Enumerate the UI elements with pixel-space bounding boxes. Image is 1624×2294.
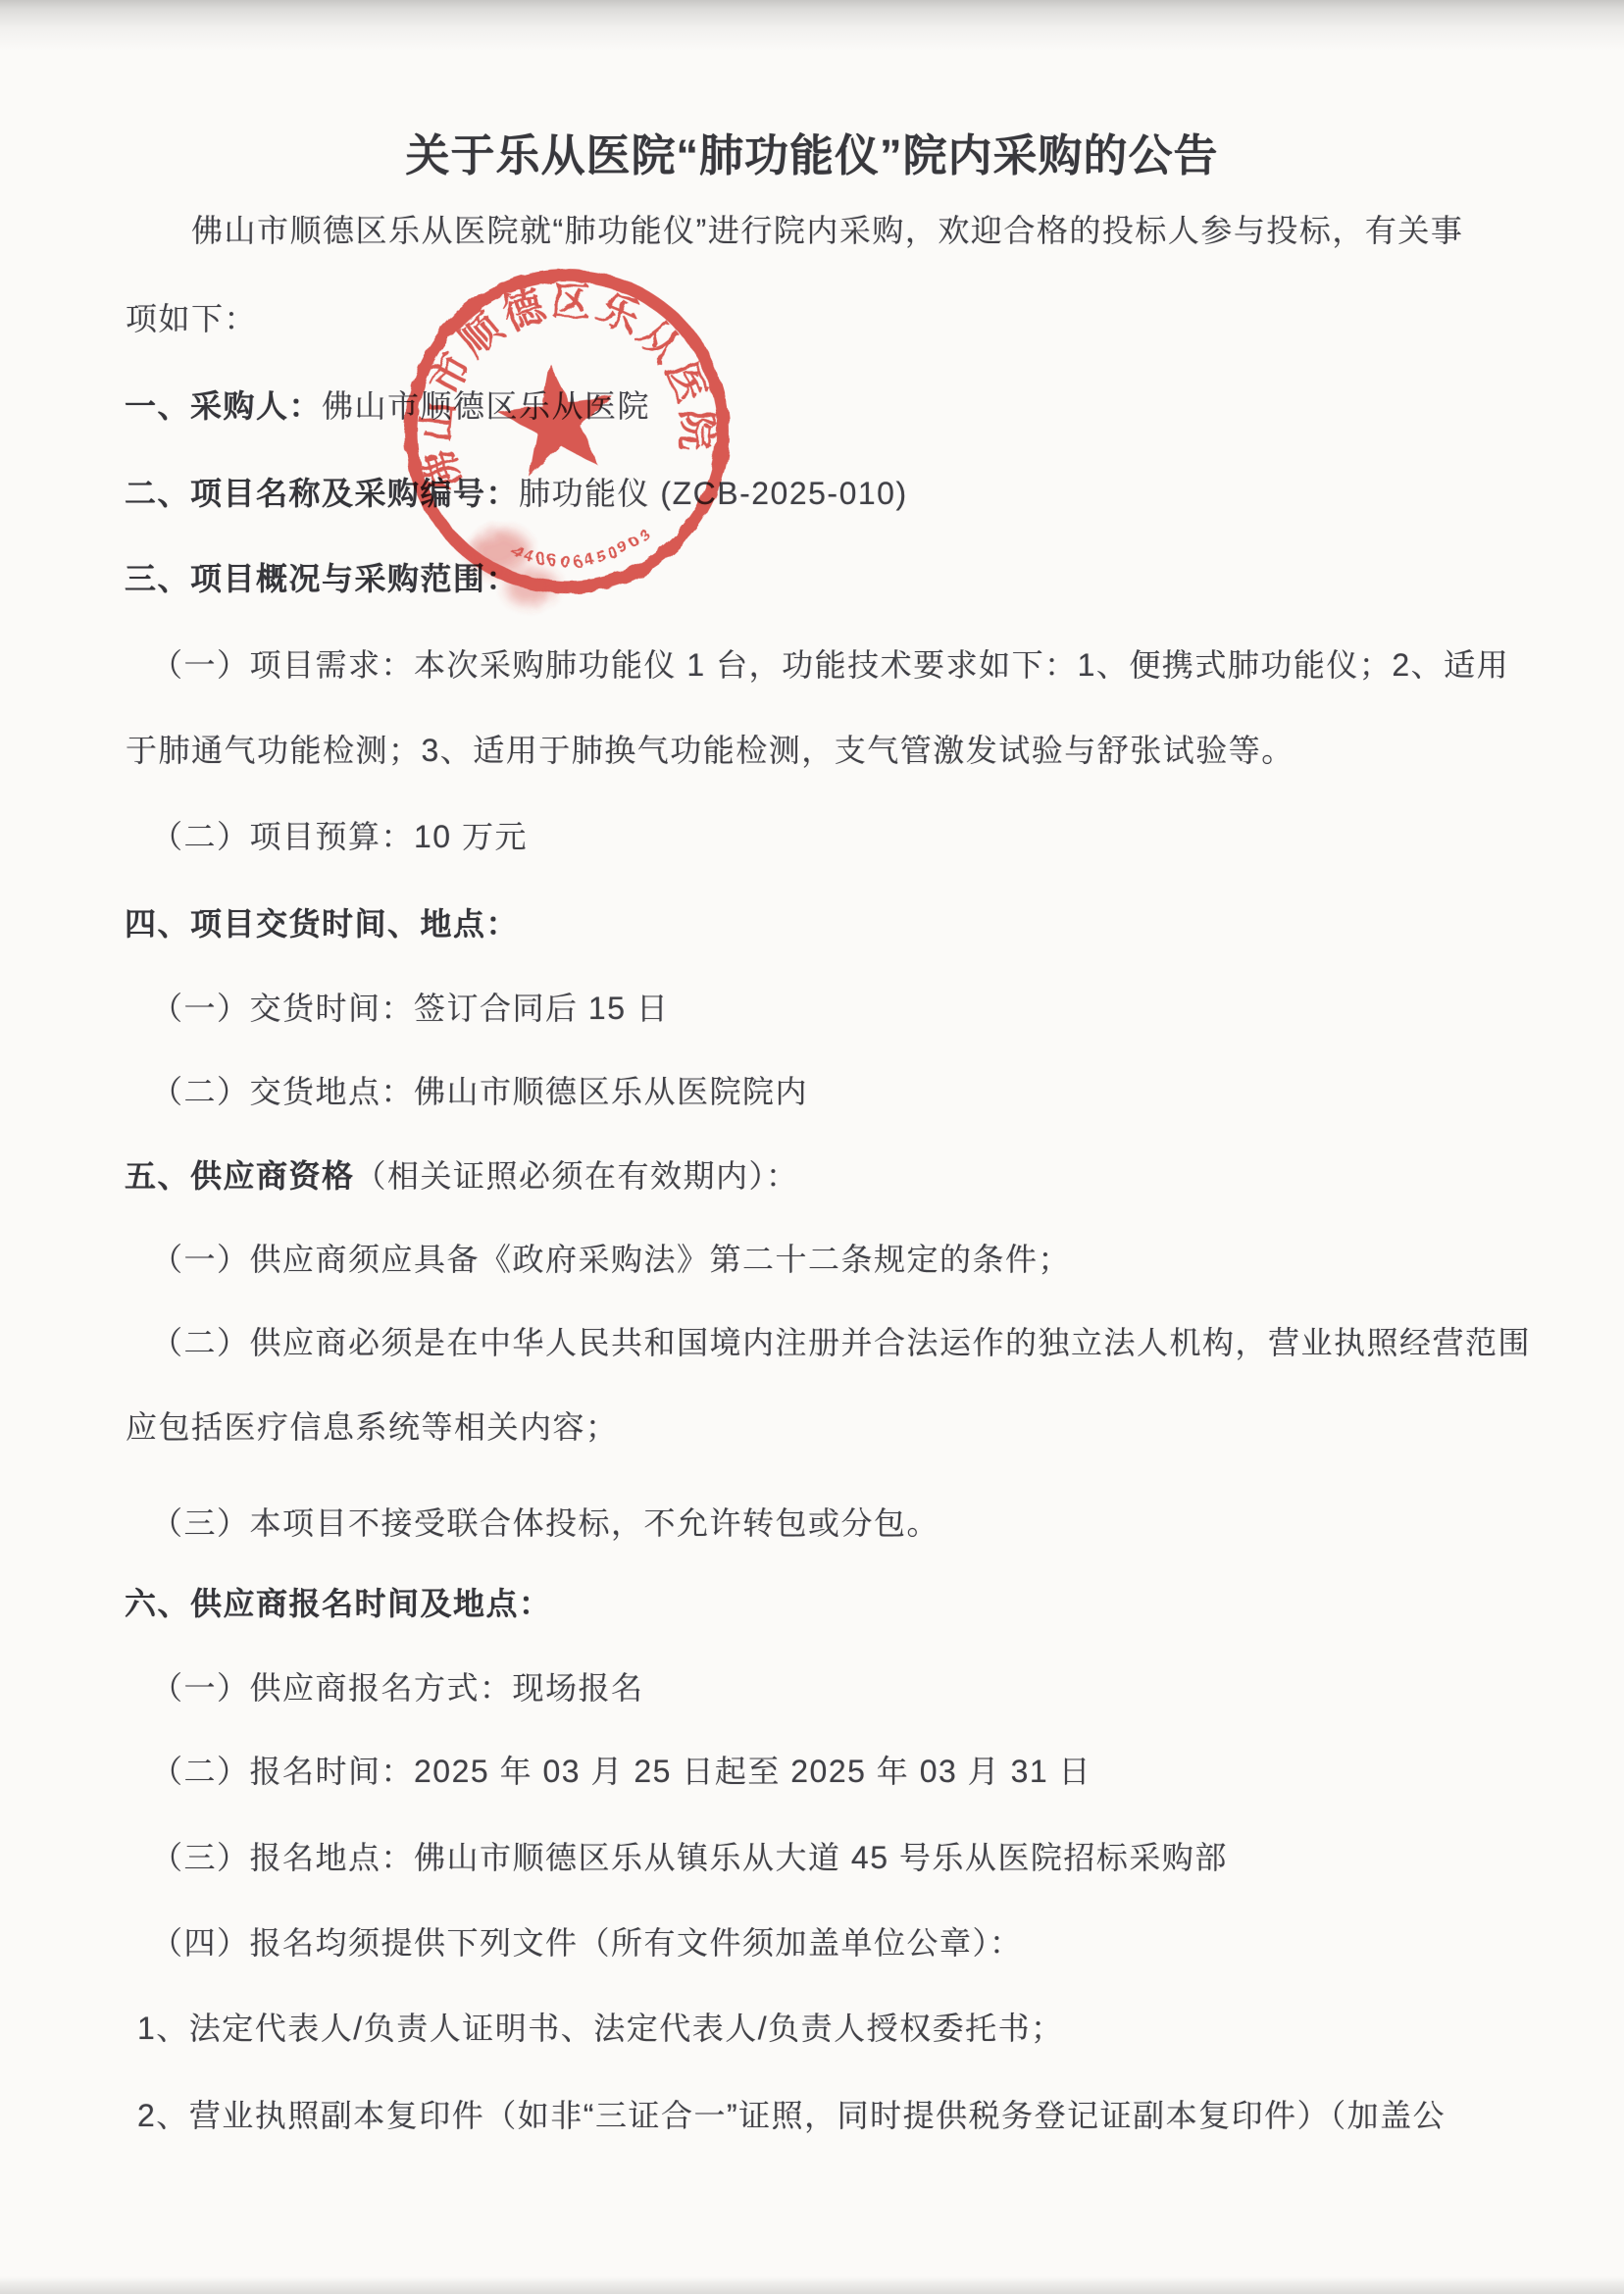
doc-line: 五、供应商资格（相关证照必须在有效期内）： <box>125 1154 799 1198</box>
page-title: 关于乐从医院“肺功能仪”院内采购的公告 <box>0 120 1624 183</box>
doc-line: （一）交货时间：签订合同后 15 日 <box>151 987 669 1030</box>
doc-line: （一）供应商须应具备《政府采购法》第二十二条规定的条件； <box>151 1238 1071 1281</box>
doc-line: 1、法定代表人/负责人证明书、法定代表人/负责人授权委托书； <box>137 2007 1064 2050</box>
scan-edge-bottom <box>0 2276 1624 2294</box>
doc-line: 2、营业执照副本复印件（如非“三证合一”证照，同时提供税务登记证副本复印件）（加… <box>137 2094 1446 2137</box>
doc-line: 三、项目概况与采购范围： <box>125 557 519 600</box>
doc-line: （四）报名均须提供下列文件（所有文件须加盖单位公章）： <box>151 1921 1023 1964</box>
doc-line: 二、项目名称及采购编号：肺功能仪 (ZCB-2025-010) <box>125 472 908 515</box>
document-page: 关于乐从医院“肺功能仪”院内采购的公告 佛山市顺德区乐从医院就“肺功能仪”进行院… <box>0 0 1624 2294</box>
seal-arc-text: 佛山市顺德区乐从医院 <box>393 258 725 496</box>
scan-edge-top <box>0 0 1624 51</box>
doc-line: （三）报名地点：佛山市顺德区乐从镇乐从大道 45 号乐从医院招标采购部 <box>151 1836 1228 1879</box>
doc-line: （二）项目预算：10 万元 <box>151 815 528 858</box>
doc-line: 四、项目交货时间、地点： <box>125 902 519 945</box>
doc-line: （二）报名时间：2025 年 03 月 25 日起至 2025 年 03 月 3… <box>151 1750 1091 1793</box>
doc-line: （一）供应商报名方式：现场报名 <box>151 1666 644 1709</box>
doc-line: 佛山市顺德区乐从医院就“肺功能仪”进行院内采购，欢迎合格的投标人参与投标，有关事 <box>191 209 1463 252</box>
doc-line: （二）交货地点：佛山市顺德区乐从医院院内 <box>151 1070 808 1113</box>
doc-line: （二）供应商必须是在中华人民共和国境内注册并合法运作的独立法人机构，营业执照经营… <box>151 1321 1531 1364</box>
doc-line: （三）本项目不接受联合体投标，不允许转包或分包。 <box>151 1502 939 1545</box>
doc-line: 于肺通气功能检测；3、适用于肺换气功能检测，支气管激发试验与舒张试验等。 <box>126 729 1294 772</box>
seal-ring <box>390 255 742 607</box>
doc-line: （一）项目需求：本次采购肺功能仪 1 台，功能技术要求如下：1、便携式肺功能仪；… <box>151 643 1509 687</box>
doc-line: 项如下： <box>126 297 257 340</box>
doc-line: 应包括医疗信息系统等相关内容； <box>126 1405 619 1449</box>
doc-line: 六、供应商报名时间及地点： <box>125 1582 552 1625</box>
seal-serial: 440606450903 <box>507 522 660 580</box>
doc-line: 一、采购人：佛山市顺德区乐从医院 <box>125 384 650 428</box>
